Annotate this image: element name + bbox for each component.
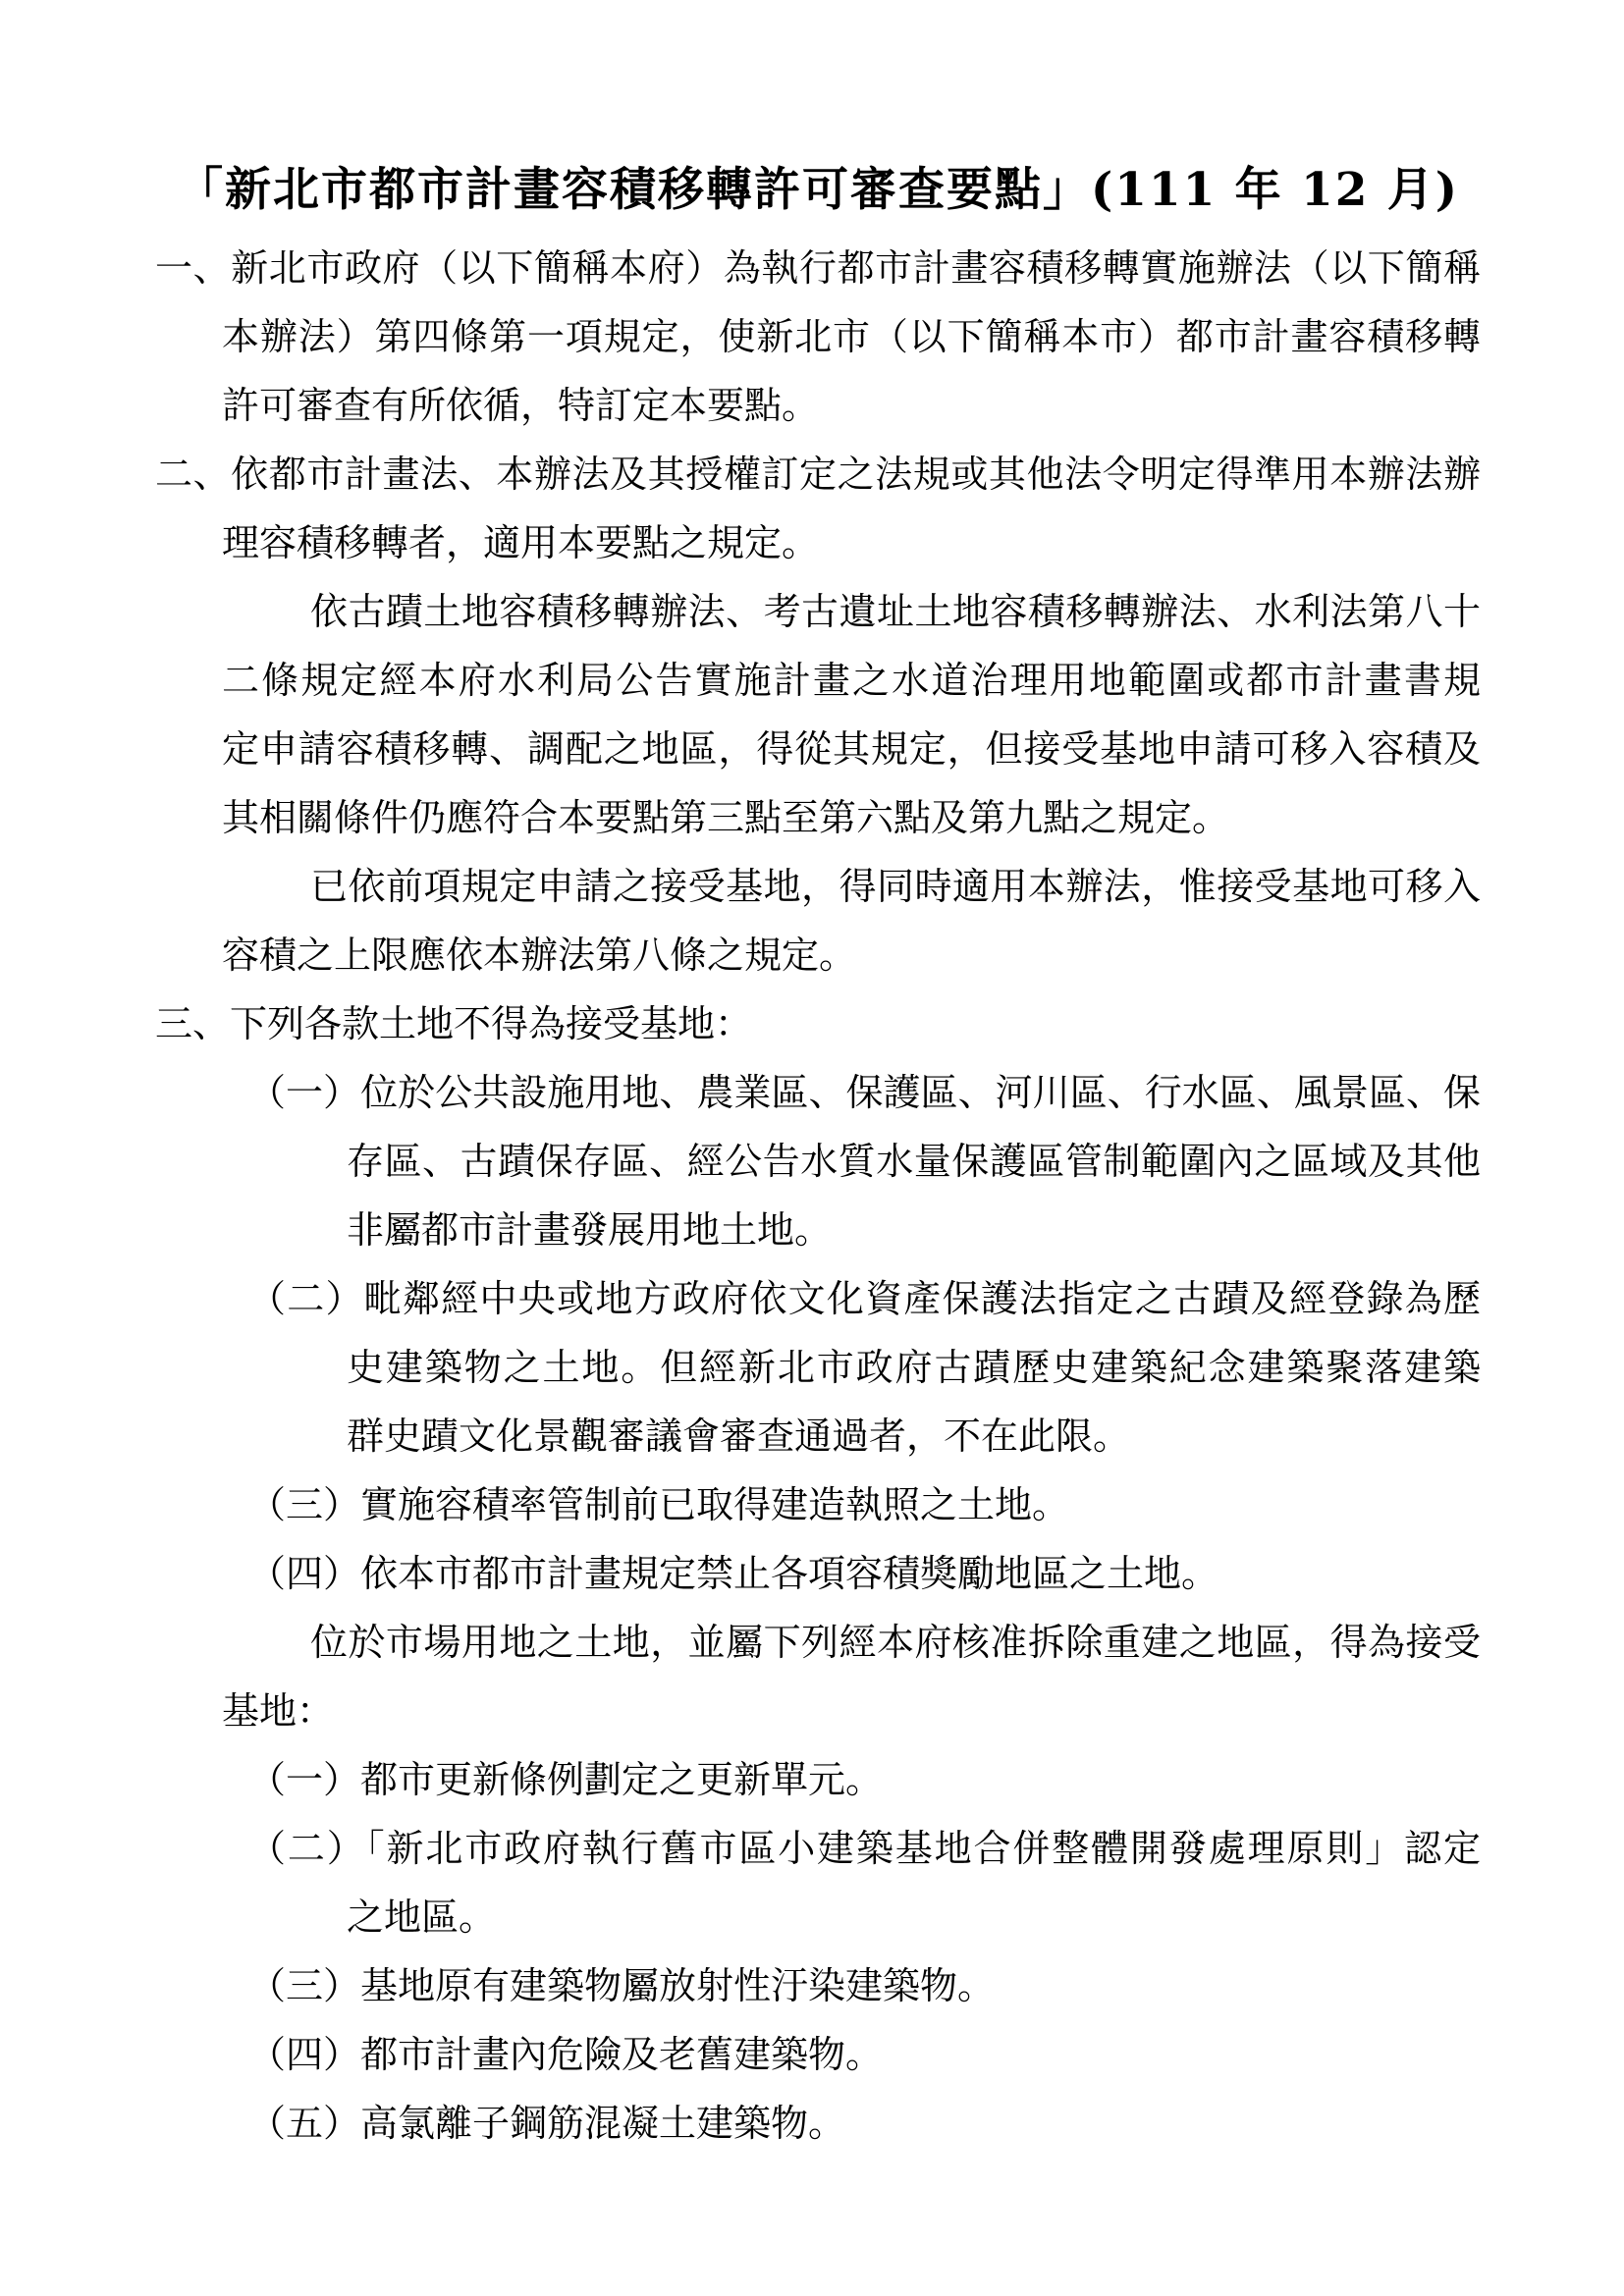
text-line: 存區、古蹟保存區、經公告水質水量保護區管制範圍內之區域及其他 [347, 1127, 1481, 1196]
text-line: 定申請容積移轉、調配之地區，得從其規定，但接受基地申請可移入容積及 [222, 715, 1481, 783]
text-line: 位於市場用地之土地，並屬下列經本府核准拆除重建之地區，得為接受 [310, 1608, 1481, 1677]
text-line: （三）基地原有建築物屬放射性汙染建築物。 [248, 1951, 1481, 2020]
text-line: （一）都市更新條例劃定之更新單元。 [248, 1745, 1481, 1814]
document-title: 「新北市都市計畫容積移轉許可審查要點」(111 年 12 月) [155, 147, 1481, 234]
text-line: 依古蹟土地容積移轉辦法、考古遺址土地容積移轉辦法、水利法第八十 [310, 577, 1481, 646]
text-line: （二）毗鄰經中央或地方政府依文化資產保護法指定之古蹟及經登錄為歷 [248, 1264, 1481, 1333]
text-line: 非屬都市計畫發展用地土地。 [347, 1196, 1481, 1264]
text-line: 之地區。 [347, 1883, 1481, 1951]
text-line: 其相關條件仍應符合本要點第三點至第六點及第九點之規定。 [222, 783, 1481, 852]
text-line: 群史蹟文化景觀審議會審查通過者，不在此限。 [347, 1402, 1481, 1470]
text-line: 本辦法）第四條第一項規定，使新北市（以下簡稱本市）都市計畫容積移轉 [222, 302, 1481, 371]
text-line: （四）依本市都市計畫規定禁止各項容積獎勵地區之土地。 [248, 1539, 1481, 1608]
document-content: 「新北市都市計畫容積移轉許可審查要點」(111 年 12 月) 一、新北市政府（… [0, 0, 1624, 2158]
text-line: 一、新北市政府（以下簡稱本府）為執行都市計畫容積移轉實施辦法（以下簡稱 [155, 234, 1481, 302]
text-line: 三、下列各款土地不得為接受基地： [155, 989, 1481, 1058]
text-line: （一）位於公共設施用地、農業區、保護區、河川區、行水區、風景區、保 [248, 1058, 1481, 1127]
text-line: 史建築物之土地。但經新北市政府古蹟歷史建築紀念建築聚落建築 [347, 1333, 1481, 1402]
text-line: 容積之上限應依本辦法第八條之規定。 [222, 921, 1481, 989]
text-line: 理容積移轉者，適用本要點之規定。 [222, 508, 1481, 577]
text-line: 基地： [222, 1677, 1481, 1745]
text-line: （二）「新北市政府執行舊市區小建築基地合併整體開發處理原則」認定 [248, 1814, 1481, 1883]
document-page: 「新北市都市計畫容積移轉許可審查要點」(111 年 12 月) 一、新北市政府（… [0, 0, 1624, 2296]
text-line: （五）高氯離子鋼筋混凝土建築物。 [248, 2089, 1481, 2158]
text-line: 二、依都市計畫法、本辦法及其授權訂定之法規或其他法令明定得準用本辦法辦 [155, 440, 1481, 508]
text-line: 已依前項規定申請之接受基地，得同時適用本辦法，惟接受基地可移入 [310, 852, 1481, 921]
text-line: 二條規定經本府水利局公告實施計畫之水道治理用地範圍或都市計畫書規 [222, 646, 1481, 715]
document-body: 一、新北市政府（以下簡稱本府）為執行都市計畫容積移轉實施辦法（以下簡稱本辦法）第… [155, 234, 1481, 2158]
text-line: （三）實施容積率管制前已取得建造執照之土地。 [248, 1470, 1481, 1539]
text-line: （四）都市計畫內危險及老舊建築物。 [248, 2020, 1481, 2089]
text-line: 許可審查有所依循，特訂定本要點。 [222, 371, 1481, 440]
